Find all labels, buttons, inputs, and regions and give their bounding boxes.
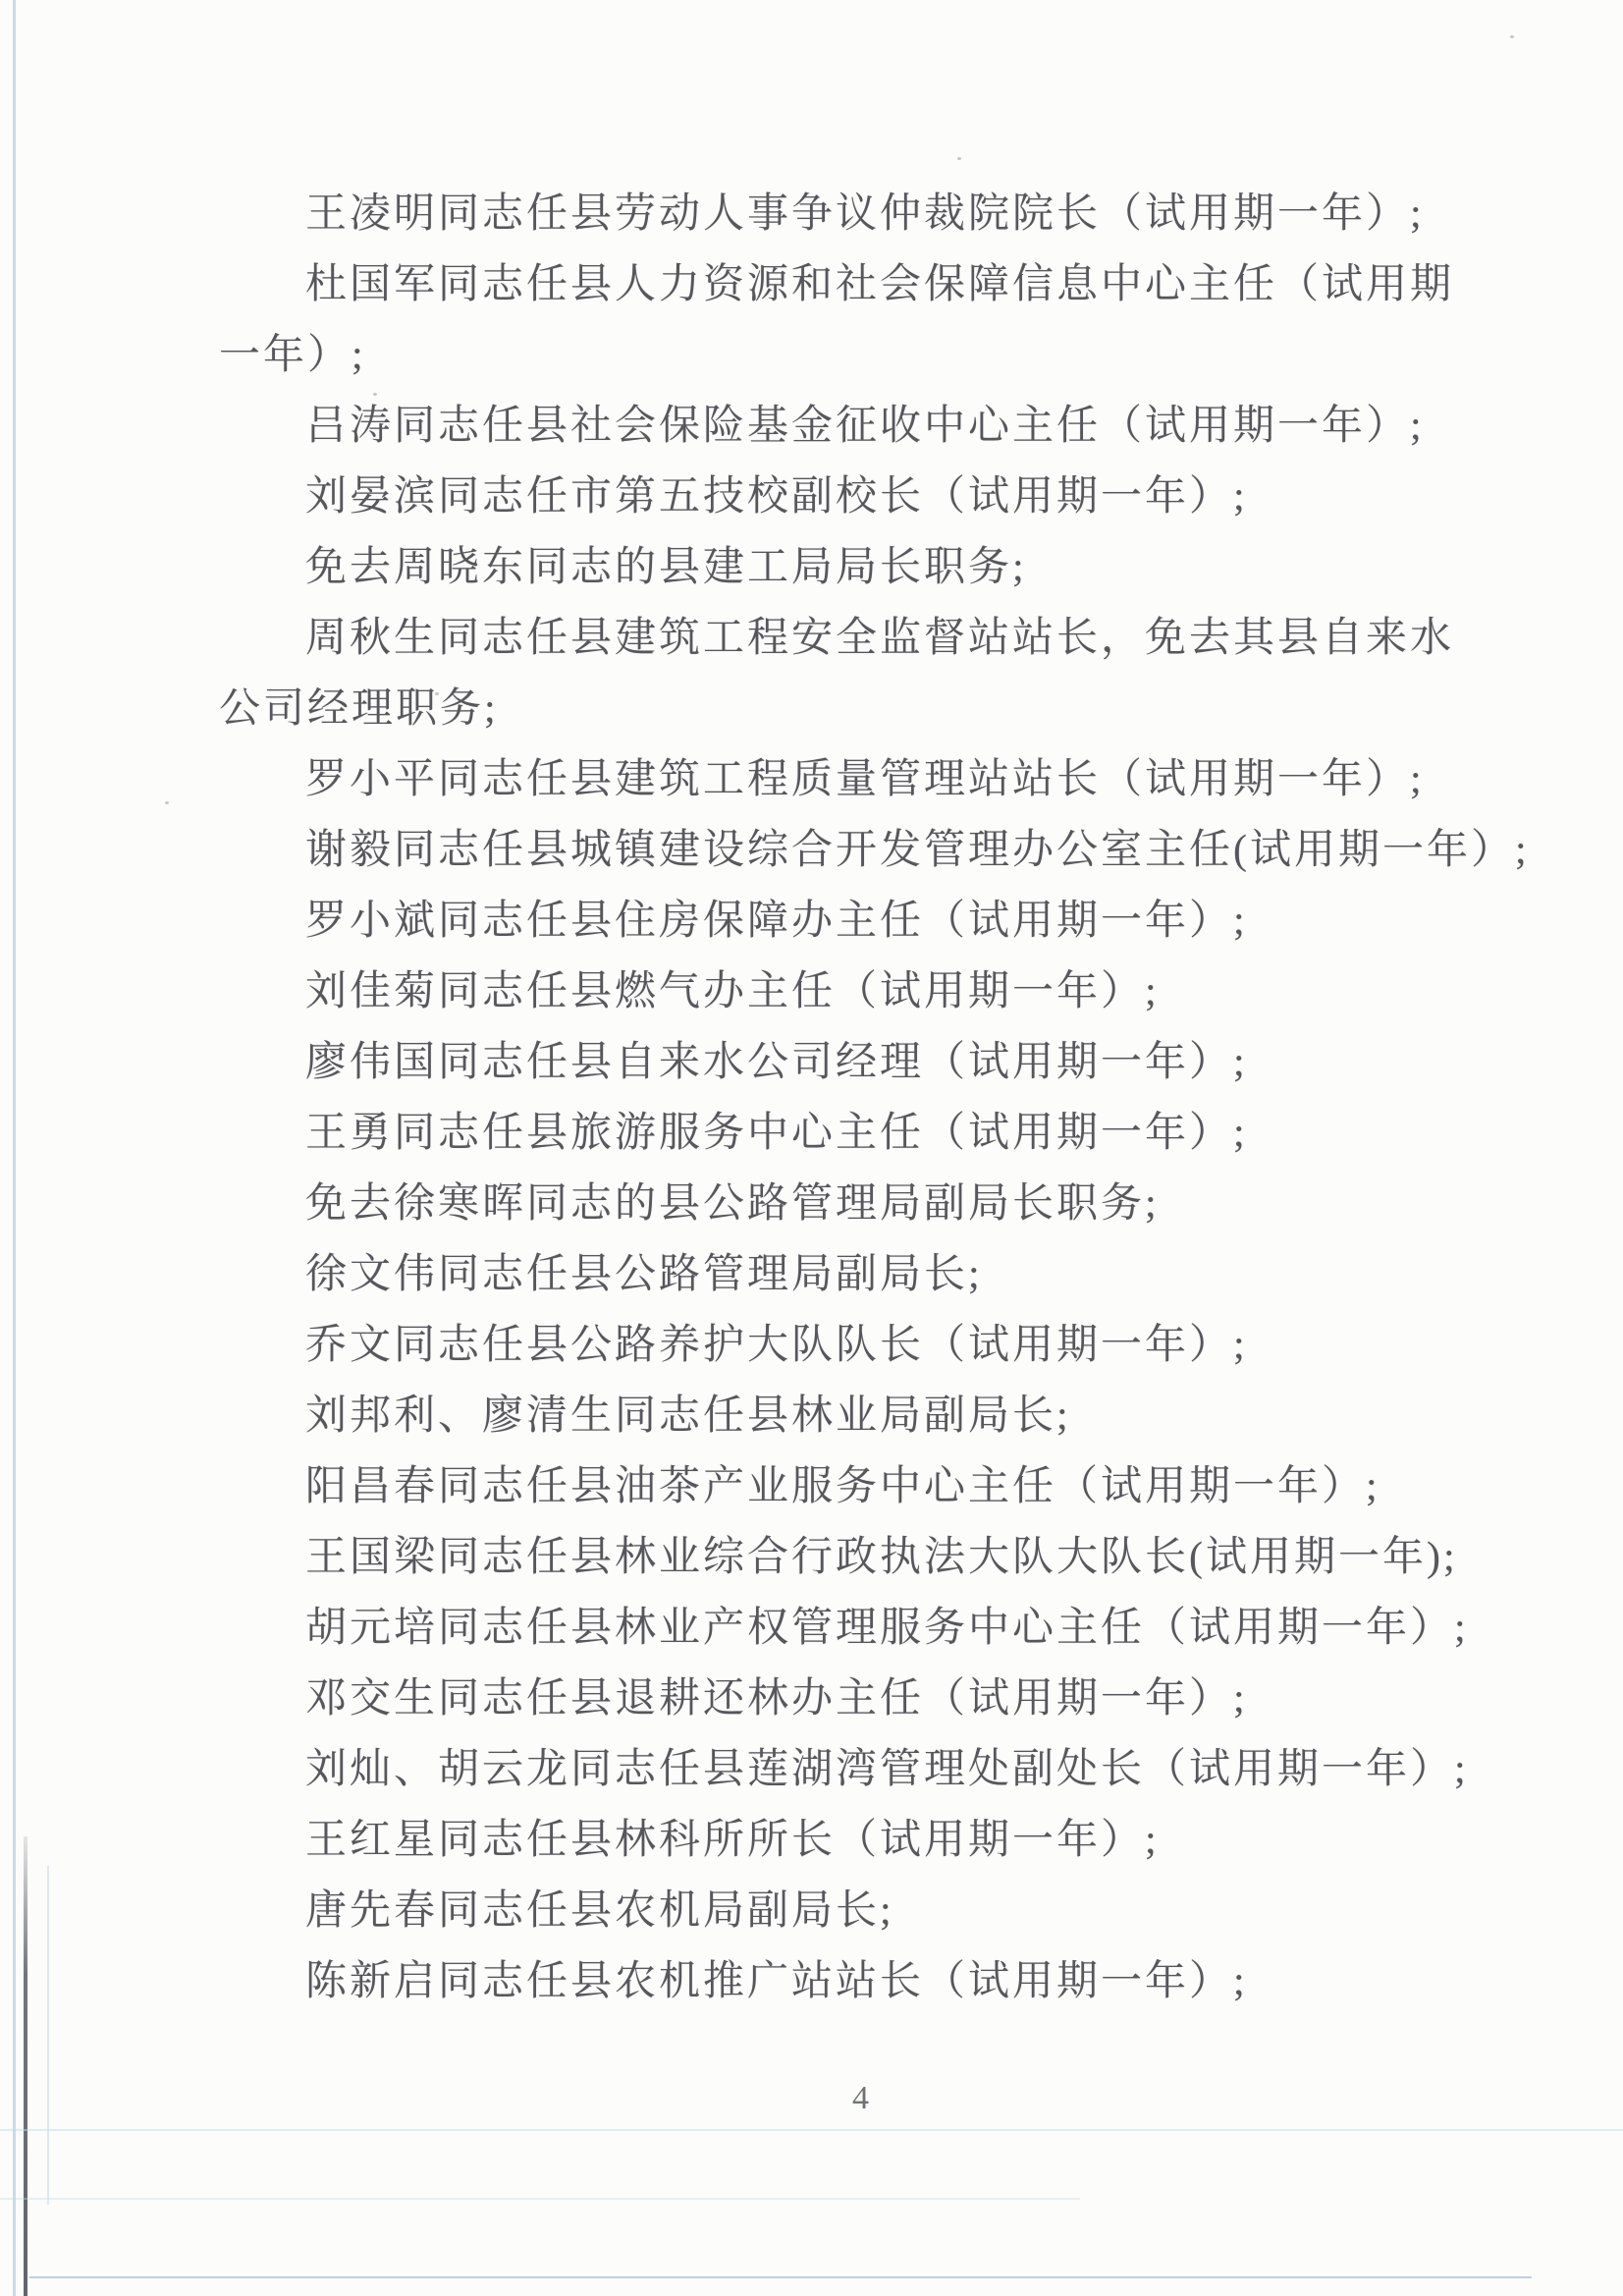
document-line: 罗小平同志任县建筑工程质量管理站站长（试用期一年）; (219, 744, 1436, 815)
document-line: 王红星同志任县林科所所长（试用期一年）; (219, 1805, 1436, 1876)
document-line: 唐先春同志任县农机局副局长; (219, 1876, 1436, 1946)
document-line: 乔文同志任县公路养护大队队长（试用期一年）; (219, 1310, 1436, 1381)
scan-left-edge-line (13, 0, 16, 2296)
page-number: 4 (852, 2074, 869, 2123)
document-line: 徐文伟同志任县公路管理局副局长; (219, 1239, 1436, 1310)
document-line: 刘晏滨同志任市第五技校副校长（试用期一年）; (219, 462, 1436, 532)
scan-left-faint-line (47, 1866, 49, 2205)
document-line: 王国梁同志任县林业综合行政执法大队大队长(试用期一年); (219, 1522, 1436, 1593)
scanned-document-page: 王凌明同志任县劳动人事争议仲裁院院长（试用期一年）;杜国军同志任县人力资源和社会… (0, 0, 1623, 2296)
document-text-block: 王凌明同志任县劳动人事争议仲裁院院长（试用期一年）;杜国军同志任县人力资源和社会… (219, 179, 1436, 2017)
document-line: 刘邦利、廖清生同志任县林业局副局长; (219, 1381, 1436, 1451)
document-line: 廖伟国同志任县自来水公司经理（试用期一年）; (219, 1027, 1436, 1098)
document-line: 吕涛同志任县社会保险基金征收中心主任（试用期一年）; (219, 391, 1436, 462)
scan-horizontal-artifact-line (0, 2129, 1623, 2131)
document-line: 刘佳菊同志任县燃气办主任（试用期一年）; (219, 957, 1436, 1027)
document-line: 陈新启同志任县农机推广站站长（试用期一年）; (219, 1946, 1436, 2017)
scan-horizontal-artifact-line (0, 2198, 1080, 2200)
document-line: 一年）; (219, 320, 1436, 391)
document-line: 公司经理职务; (219, 674, 1436, 744)
document-line: 周秋生同志任县建筑工程安全监督站站长，免去其县自来水 (219, 603, 1436, 674)
document-line: 刘灿、胡云龙同志任县莲湖湾管理处副处长（试用期一年）; (219, 1734, 1436, 1805)
document-line: 杜国军同志任县人力资源和社会保障信息中心主任（试用期 (219, 249, 1436, 320)
scan-speck (957, 157, 961, 160)
document-line: 王勇同志任县旅游服务中心主任（试用期一年）; (219, 1098, 1436, 1169)
document-line: 谢毅同志任县城镇建设综合开发管理办公室主任(试用期一年）; (219, 815, 1436, 886)
document-line: 免去周晓东同志的县建工局局长职务; (219, 532, 1436, 603)
document-line: 王凌明同志任县劳动人事争议仲裁院院长（试用期一年）; (219, 179, 1436, 249)
scan-left-edge-dark-line (24, 1836, 27, 2296)
document-line: 免去徐寒晖同志的县公路管理局副局长职务; (219, 1169, 1436, 1239)
scan-speck (165, 801, 169, 804)
document-line: 阳昌春同志任县油茶产业服务中心主任（试用期一年）; (219, 1451, 1436, 1522)
scan-bottom-artifact-line (29, 2276, 1532, 2278)
document-line: 邓交生同志任县退耕还林办主任（试用期一年）; (219, 1664, 1436, 1734)
document-line: 胡元培同志任县林业产权管理服务中心主任（试用期一年）; (219, 1593, 1436, 1664)
document-line: 罗小斌同志任县住房保障办主任（试用期一年）; (219, 886, 1436, 957)
scan-speck (1510, 35, 1514, 38)
